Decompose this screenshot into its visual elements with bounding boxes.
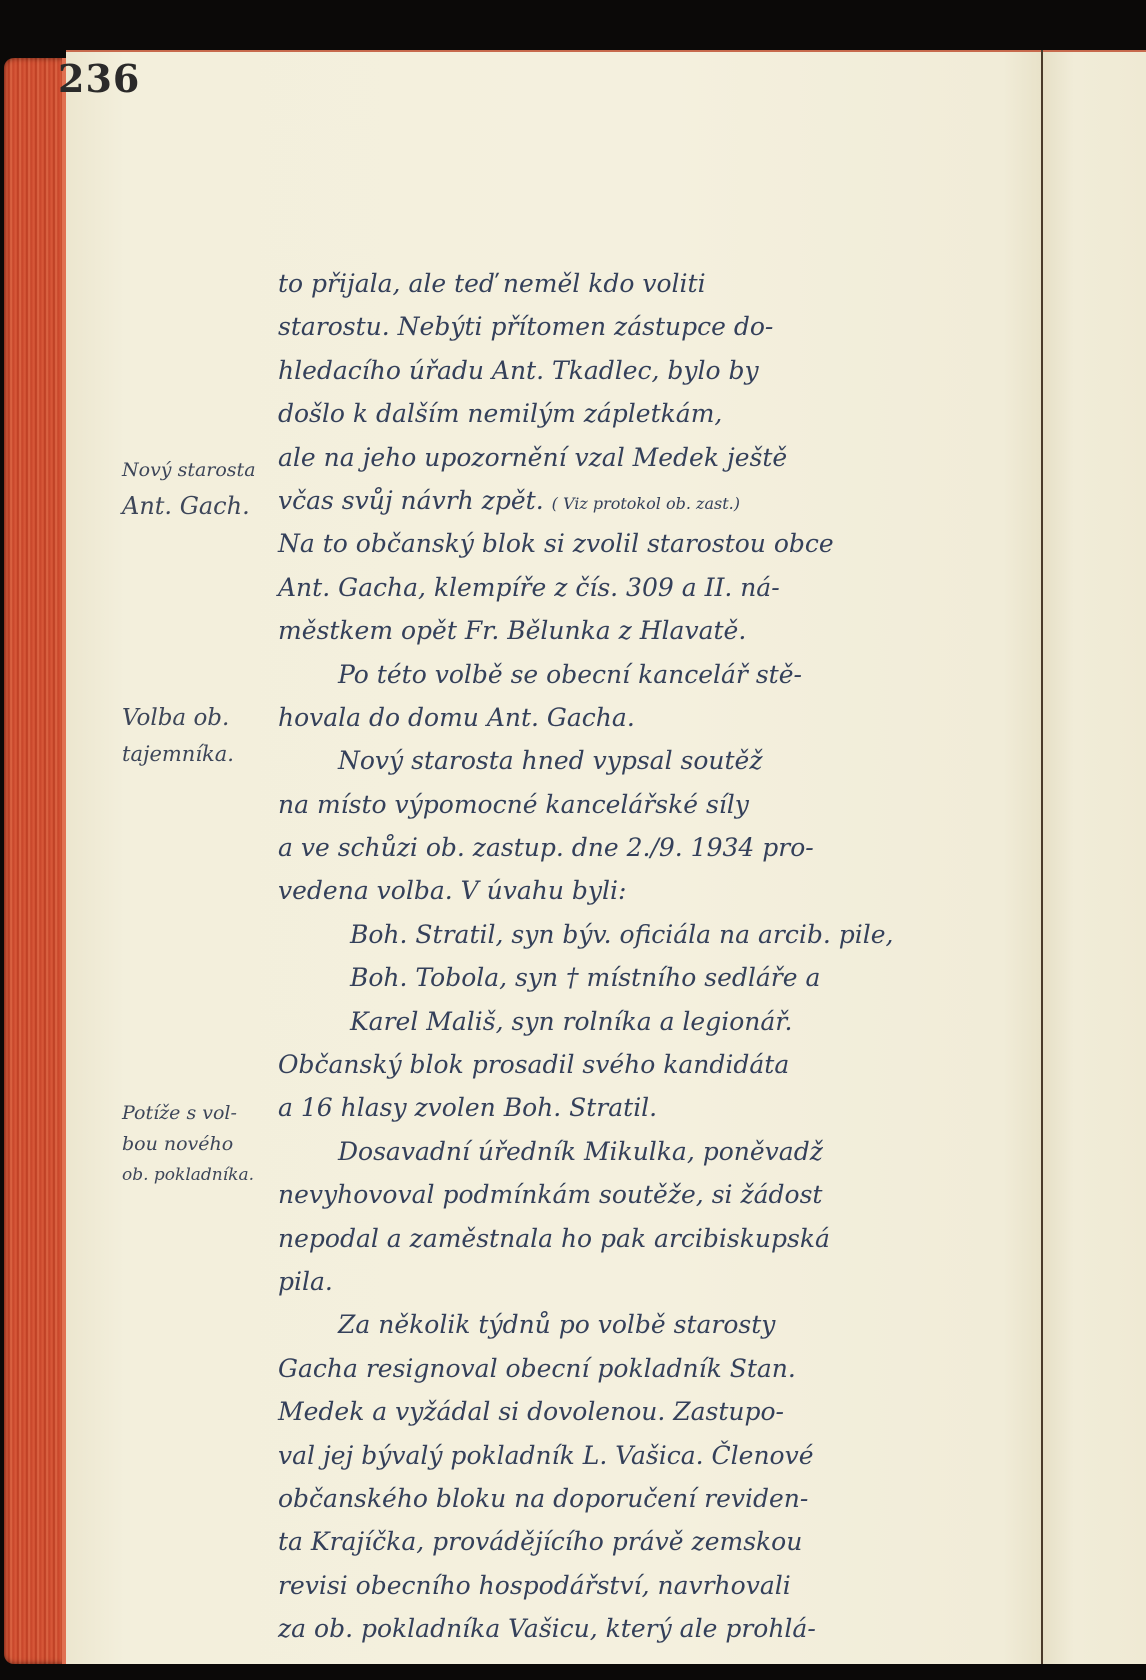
margin-note-line: Volba ob. [122,700,272,736]
body-line: za ob. pokladníka Vašicu, který ale proh… [278,1607,938,1650]
margin-note-line: Ant. Gach. [122,486,272,526]
body-line: revisi obecního hospodářství, navrhovali [278,1564,938,1607]
body-line: Po této volbě se obecní kancelář stě- [278,653,938,696]
margin-note-treasurer-election: Potíže s vol- bou nového ob. pokladníka. [122,1098,272,1191]
margin-note-line: Nový starosta [122,455,272,486]
body-line: a 16 hlasy zvolen Boh. Stratil. [278,1086,938,1129]
body-line: hledacího úřadu Ant. Tkadlec, bylo by [278,349,938,392]
candidate-line: Boh. Tobola, syn † místního sedláře a [278,956,938,999]
body-line: na místo výpomocné kancelářské síly [278,783,938,826]
margin-note-new-mayor: Nový starosta Ant. Gach. [122,455,272,526]
body-line: nevyhovoval podmínkám soutěže, si žádost [278,1173,938,1216]
book-page-edges [4,58,66,1664]
margin-note-line: Potíže s vol- [122,1098,272,1129]
body-line: starostu. Nebýti přítomen zástupce do- [278,305,938,348]
body-line: Nový starosta hned vypsal soutěž [278,739,938,782]
body-line: ale na jeho upozornění vzal Medek ještě [278,436,938,479]
candidate-line: Karel Mališ, syn rolníka a legionář. [278,1000,938,1043]
body-line: občanského bloku na doporučení reviden- [278,1477,938,1520]
body-line: včas svůj návrh zpět. [278,486,544,515]
body-line: Na to občanský blok si zvolil starostou … [278,522,938,565]
body-line: nepodal a zaměstnala ho pak arcibiskupsk… [278,1217,938,1260]
margin-note-secretary-election: Volba ob. tajemníka. [122,700,272,772]
body-line: hovala do domu Ant. Gacha. [278,696,938,739]
body-line: val jej bývalý pokladník L. Vašica. Člen… [278,1434,938,1477]
margin-note-line: bou nového [122,1129,272,1160]
protocol-reference-note: ( Viz protokol ob. zast.) [552,494,740,513]
right-page-edge [1043,50,1146,1666]
body-line: Ant. Gacha, klempíře z čís. 309 a II. ná… [278,566,938,609]
body-line: Medek a vyžádal si dovolenou. Zastupo- [278,1390,938,1433]
body-line: Občanský blok prosadil svého kandidáta [278,1043,938,1086]
body-line: a ve schůzi ob. zastup. dne 2./9. 1934 p… [278,826,938,869]
margin-note-line: tajemníka. [122,736,272,772]
body-line: Za několik týdnů po volbě starosty [278,1303,938,1346]
body-line-with-note: včas svůj návrh zpět. ( Viz protokol ob.… [278,479,938,522]
body-line: Dosavadní úředník Mikulka, poněvadž [278,1130,938,1173]
body-line: ta Krajíčka, provádějícího právě zemskou [278,1520,938,1563]
body-line: Gacha resignoval obecní pokladník Stan. [278,1347,938,1390]
scan-background [0,1664,1146,1680]
body-line: to přijala, ale teď neměl kdo voliti [278,262,938,305]
body-line: městkem opět Fr. Bělunka z Hlavatě. [278,609,938,652]
body-line: vedena volba. V úvahu byli: [278,869,938,912]
handwritten-body: to přijala, ale teď neměl kdo voliti sta… [278,262,938,1651]
body-line: došlo k dalším nemilým zápletkám, [278,392,938,435]
scanned-document: 236 Nový starosta Ant. Gach. Volba ob. t… [0,0,1146,1680]
page-number: 236 [58,56,140,101]
body-line: pila. [278,1260,938,1303]
candidate-line: Boh. Stratil, syn býv. oficiála na arcib… [278,913,938,956]
margin-note-line: ob. pokladníka. [122,1160,272,1191]
